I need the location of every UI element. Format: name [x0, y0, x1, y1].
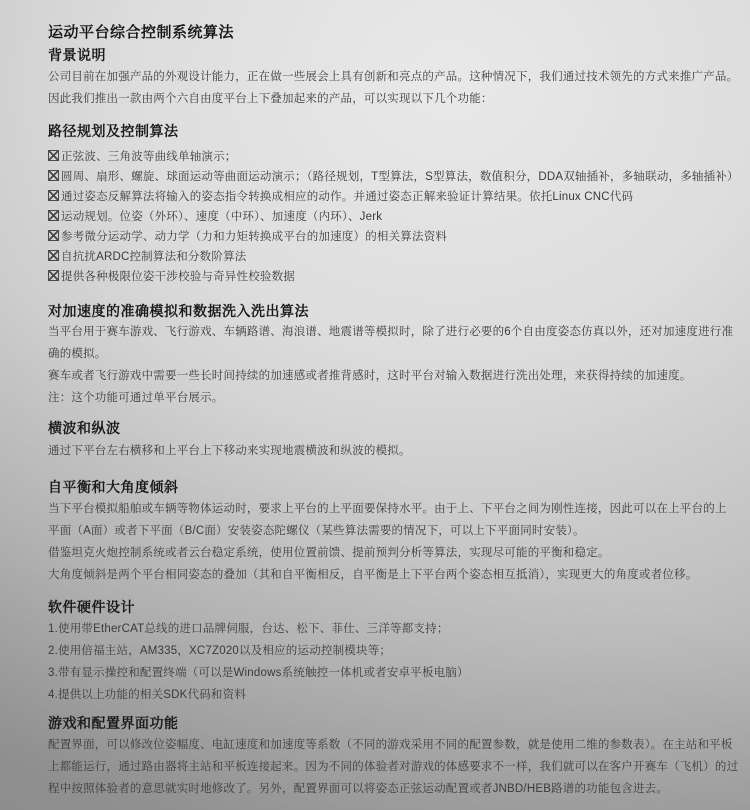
- bullet-item: 正弦波、三角波等曲线单轴演示；: [48, 147, 720, 167]
- bullet-item: 参考微分运动学、动力学（力和力矩转换成平台的加速度）的相关算法资料: [48, 227, 720, 247]
- checkbox-x-icon: [48, 170, 59, 181]
- text-line: 程中按照体验者的意思就实时地修改了。另外，配置界面可以将姿态正弦运动配置或者JN…: [48, 778, 720, 800]
- bullet-item: 提供各种极限位姿干涉校验与奇异性校验数据: [48, 267, 720, 287]
- text-line: 上都能运行，通过路由器将主站和平板连接起来。因为不同的体验者对游戏的体感要求不一…: [48, 756, 720, 778]
- bullet-text: 圆周、扇形、螺旋、球面运动等曲面运动演示；（路径规划，T型算法，S型算法，数值积…: [61, 171, 739, 183]
- text-line: 因此我们推出一款由两个六自由度平台上下叠加起来的产品，可以实现以下几个功能：: [48, 88, 720, 110]
- section-heading: 背景说明: [48, 45, 720, 65]
- text-line: 通过下平台左右横移和上平台上下移动来实现地震横波和纵波的模拟。: [48, 440, 720, 462]
- section-game-config-ui: 游戏和配置界面功能 配置界面，可以修改位姿幅度、电缸速度和加速度等系数（不同的游…: [48, 713, 720, 800]
- bullet-text: 通过姿态反解算法将输入的姿态指令转换成相应的动作。并通过姿态正解来验证计算结果。…: [61, 191, 633, 203]
- section-waves: 横波和纵波 通过下平台左右横移和上平台上下移动来实现地震横波和纵波的模拟。: [48, 418, 720, 462]
- text-line: 当下平台模拟船舶或车辆等物体运动时，要求上平台的上平面要保持水平。由于上、下平台…: [48, 498, 720, 520]
- text-line: 注：这个功能可通过单平台展示。: [48, 387, 720, 409]
- section-heading: 对加速度的准确模拟和数据洗入洗出算法: [48, 301, 720, 321]
- text-line: 当平台用于赛车游戏、飞行游戏、车辆路谱、海浪谱、地震谱等模拟时，除了进行必要的6…: [48, 321, 720, 343]
- section-self-balance: 自平衡和大角度倾斜 当下平台模拟船舶或车辆等物体运动时，要求上平台的上平面要保持…: [48, 477, 720, 586]
- bullet-item: 圆周、扇形、螺旋、球面运动等曲面运动演示；（路径规划，T型算法，S型算法，数值积…: [48, 167, 720, 187]
- text-line: 大角度倾斜是两个平台相同姿态的叠加（其和自平衡相反，自平衡是上下平台两个姿态相互…: [48, 564, 720, 586]
- bullet-text: 参考微分运动学、动力学（力和力矩转换成平台的加速度）的相关算法资料: [61, 231, 447, 243]
- checkbox-x-icon: [48, 250, 59, 261]
- checkbox-x-icon: [48, 190, 59, 201]
- text-line: 赛车或者飞行游戏中需要一些长时间持续的加速感或者推背感时，这时平台对输入数据进行…: [48, 365, 720, 387]
- document-title: 运动平台综合控制系统算法: [48, 24, 720, 42]
- section-acceleration-washout: 对加速度的准确模拟和数据洗入洗出算法 当平台用于赛车游戏、飞行游戏、车辆路谱、海…: [48, 301, 720, 409]
- text-line: 平面（A面）或者下平面（B/C面）安装姿态陀螺仪（某些算法需要的情况下，可以上下…: [48, 520, 720, 542]
- section-heading: 自平衡和大角度倾斜: [48, 477, 720, 497]
- section-heading: 软件硬件设计: [48, 597, 720, 617]
- bullet-item: 运动规划。位姿（外环）、速度（中环）、加速度（内环）、Jerk: [48, 207, 720, 227]
- bullet-text: 运动规划。位姿（外环）、速度（中环）、加速度（内环）、Jerk: [61, 211, 382, 223]
- text-line: 借鉴坦克火炮控制系统或者云台稳定系统，使用位置前馈、提前预判分析等算法，实现尽可…: [48, 542, 720, 564]
- checkbox-x-icon: [48, 150, 59, 161]
- text-line: 确的模拟。: [48, 343, 720, 365]
- checkbox-x-icon: [48, 270, 59, 281]
- bullet-text: 自抗扰ARDC控制算法和分数阶算法: [61, 251, 246, 263]
- bullet-text: 正弦波、三角波等曲线单轴演示；: [61, 151, 237, 163]
- text-line: 1.使用带EtherCAT总线的进口品牌伺服，台达、松下、菲仕、三洋等都支持；: [48, 618, 720, 640]
- bullet-item: 通过姿态反解算法将输入的姿态指令转换成相应的动作。并通过姿态正解来验证计算结果。…: [48, 187, 720, 207]
- section-software-hardware: 软件硬件设计 1.使用带EtherCAT总线的进口品牌伺服，台达、松下、菲仕、三…: [48, 597, 720, 706]
- checkbox-x-icon: [48, 210, 59, 221]
- bullet-item: 自抗扰ARDC控制算法和分数阶算法: [48, 247, 720, 267]
- section-heading: 横波和纵波: [48, 418, 720, 438]
- section-background: 背景说明 公司目前在加强产品的外观设计能力，正在做一些展会上具有创新和亮点的产品…: [48, 45, 720, 110]
- text-line: 配置界面，可以修改位姿幅度、电缸速度和加速度等系数（不同的游戏采用不同的配置参数…: [48, 734, 720, 756]
- document-page: 运动平台综合控制系统算法 背景说明 公司目前在加强产品的外观设计能力，正在做一些…: [0, 0, 750, 810]
- text-line: 3.带有显示操控和配置终端（可以是Windows系统触控一体机或者安卓平板电脑）: [48, 662, 720, 684]
- text-line: 公司目前在加强产品的外观设计能力，正在做一些展会上具有创新和亮点的产品。这种情况…: [48, 66, 720, 88]
- section-path-planning: 路径规划及控制算法 正弦波、三角波等曲线单轴演示； 圆周、扇形、螺旋、球面运动等…: [48, 121, 720, 287]
- section-heading: 游戏和配置界面功能: [48, 713, 720, 733]
- bullet-text: 提供各种极限位姿干涉校验与奇异性校验数据: [61, 271, 295, 283]
- checkbox-x-icon: [48, 230, 59, 241]
- section-heading: 路径规划及控制算法: [48, 121, 720, 141]
- text-line: 2.使用倍福主站，AM335，XC7Z020以及相应的运动控制模块等；: [48, 640, 720, 662]
- text-line: 4.提供以上功能的相关SDK代码和资料: [48, 684, 720, 706]
